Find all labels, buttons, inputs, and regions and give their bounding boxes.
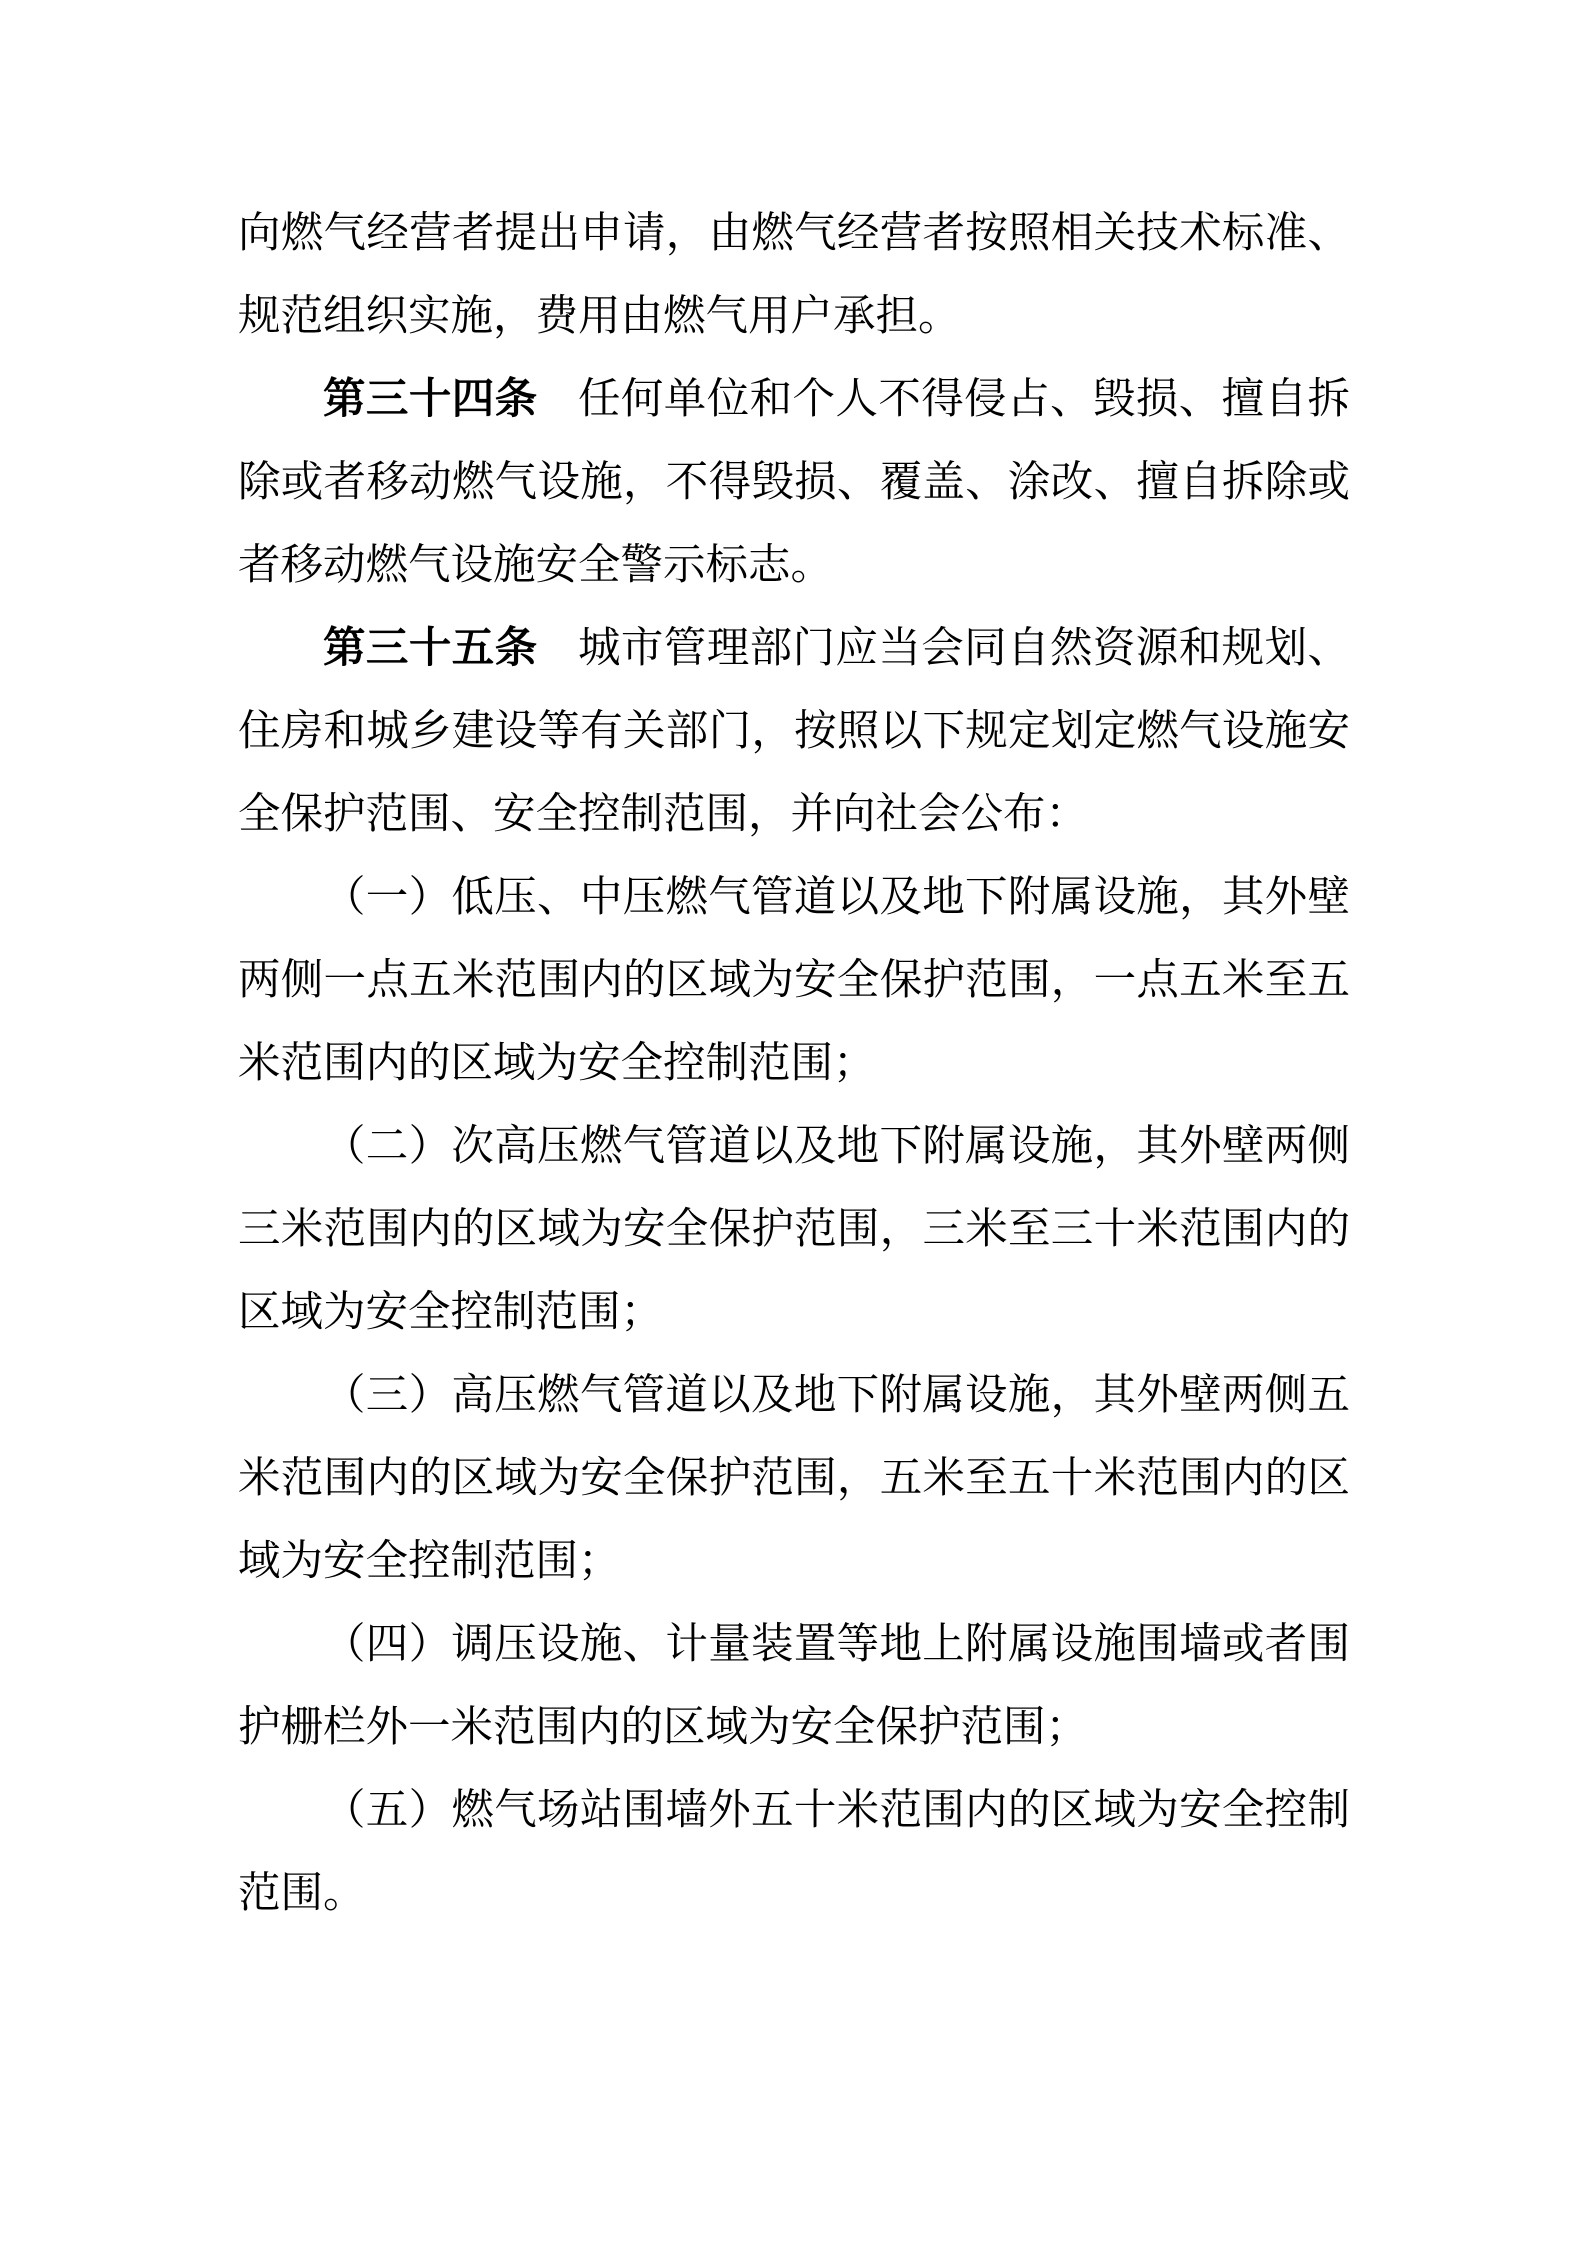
document-line: 两侧一点五米范围内的区域为安全保护范围，一点五米至五 <box>238 939 1350 1022</box>
line-text: 城市管理部门应当会同自然资源和规划、 <box>578 625 1350 672</box>
line-text: 任何单位和个人不得侵占、毁损、擅自拆 <box>578 376 1350 423</box>
document-line: 全保护范围、安全控制范围，并向社会公布： <box>238 773 1350 856</box>
document-line: 区域为安全控制范围； <box>238 1271 1350 1354</box>
document-line: 范围。 <box>238 1852 1350 1935</box>
document-line: 除或者移动燃气设施，不得毁损、覆盖、涂改、擅自拆除或 <box>238 441 1350 524</box>
document-line: （四）调压设施、计量装置等地上附属设施围墙或者围 <box>238 1603 1350 1686</box>
document-line: 住房和城乡建设等有关部门，按照以下规定划定燃气设施安 <box>238 690 1350 773</box>
document-page: 向燃气经营者提出申请，由燃气经营者按照相关技术标准、 规范组织实施，费用由燃气用… <box>0 0 1587 2245</box>
document-line: 米范围内的区域为安全控制范围； <box>238 1022 1350 1105</box>
article-number: 第三十四条 <box>323 376 538 423</box>
document-line: 者移动燃气设施安全警示标志。 <box>238 524 1350 607</box>
document-line: 规范组织实施，费用由燃气用户承担。 <box>238 275 1350 358</box>
document-line: 米范围内的区域为安全保护范围，五米至五十米范围内的区 <box>238 1437 1350 1520</box>
document-line: 第三十四条任何单位和个人不得侵占、毁损、擅自拆 <box>238 358 1350 441</box>
document-line: 向燃气经营者提出申请，由燃气经营者按照相关技术标准、 <box>238 192 1350 275</box>
document-line: 护栅栏外一米范围内的区域为安全保护范围； <box>238 1686 1350 1769</box>
document-line: （三）高压燃气管道以及地下附属设施，其外壁两侧五 <box>238 1354 1350 1437</box>
document-line: （二）次高压燃气管道以及地下附属设施，其外壁两侧 <box>238 1105 1350 1188</box>
document-line: 第三十五条城市管理部门应当会同自然资源和规划、 <box>238 607 1350 690</box>
document-line: （一）低压、中压燃气管道以及地下附属设施，其外壁 <box>238 856 1350 939</box>
document-line: （五）燃气场站围墙外五十米范围内的区域为安全控制 <box>238 1769 1350 1852</box>
document-text-block: 向燃气经营者提出申请，由燃气经营者按照相关技术标准、 规范组织实施，费用由燃气用… <box>238 192 1350 1935</box>
article-number: 第三十五条 <box>323 625 538 672</box>
document-line: 三米范围内的区域为安全保护范围，三米至三十米范围内的 <box>238 1188 1350 1271</box>
document-line: 域为安全控制范围； <box>238 1520 1350 1603</box>
